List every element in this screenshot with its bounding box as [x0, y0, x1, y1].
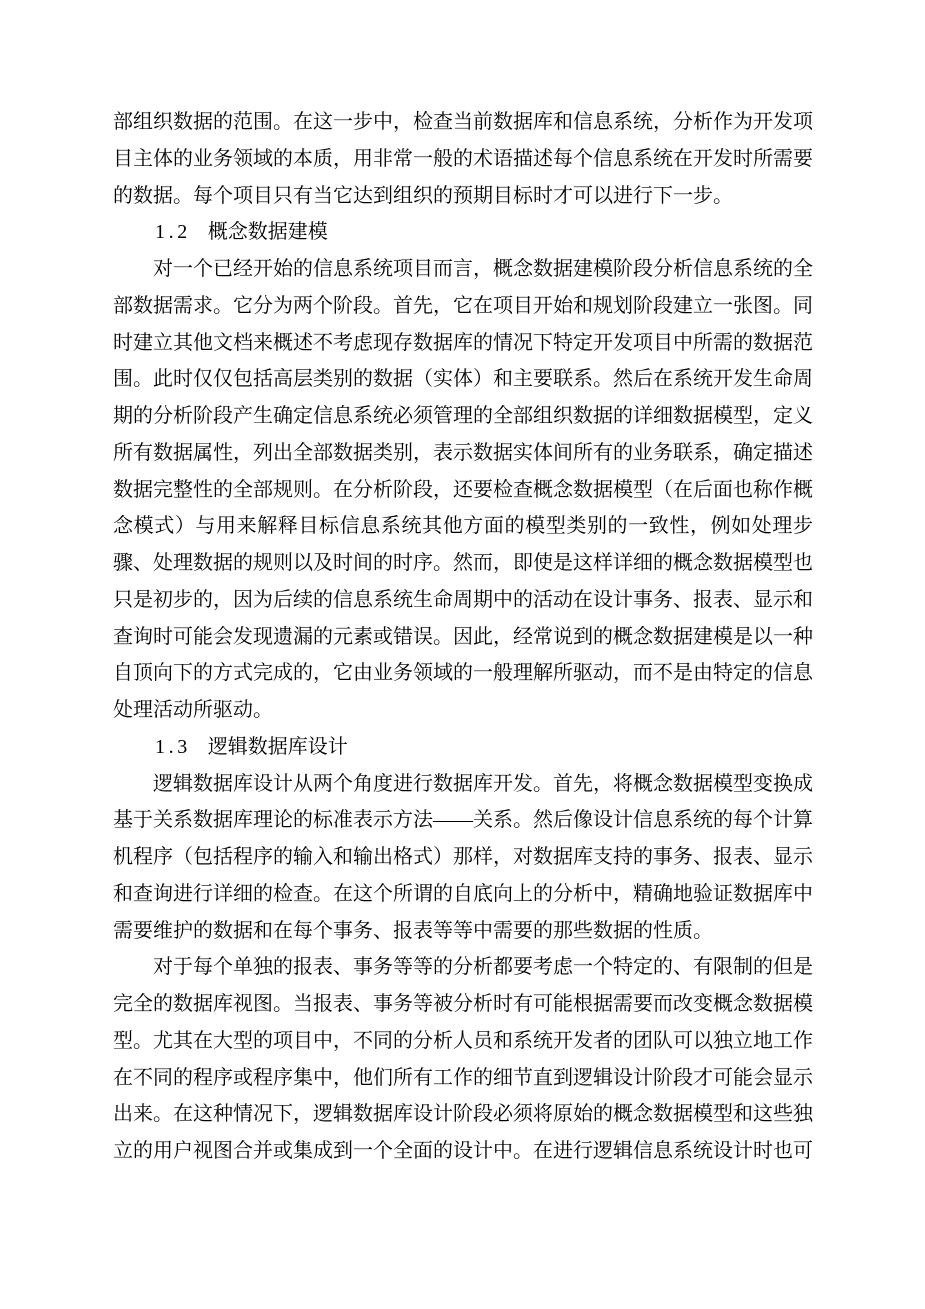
paragraph: 对于每个单独的报表、事务等等的分析都要考虑一个特定的、有限制的但是完全的数据库视… — [113, 949, 813, 1170]
section-number: 1.3 — [155, 736, 191, 758]
section-title: 逻辑数据库设计 — [208, 736, 348, 758]
section-title: 概念数据建模 — [208, 221, 328, 243]
paragraph: 部组织数据的范围。在这一步中，检查当前数据库和信息系统，分析作为开发项目主体的业… — [113, 104, 813, 214]
document-page: 部组织数据的范围。在这一步中，检查当前数据库和信息系统，分析作为开发项目主体的业… — [0, 0, 925, 1309]
paragraph: 对一个已经开始的信息系统项目而言，概念数据建模阶段分析信息系统的全部数据需求。它… — [113, 251, 813, 729]
section-number: 1.2 — [155, 221, 191, 243]
section-heading: 1.3逻辑数据库设计 — [113, 729, 813, 766]
paragraph: 逻辑数据库设计从两个角度进行数据库开发。首先，将概念数据模型变换成基于关系数据库… — [113, 766, 813, 950]
document-body: 部组织数据的范围。在这一步中，检查当前数据库和信息系统，分析作为开发项目主体的业… — [113, 104, 813, 1170]
section-heading: 1.2概念数据建模 — [113, 214, 813, 251]
